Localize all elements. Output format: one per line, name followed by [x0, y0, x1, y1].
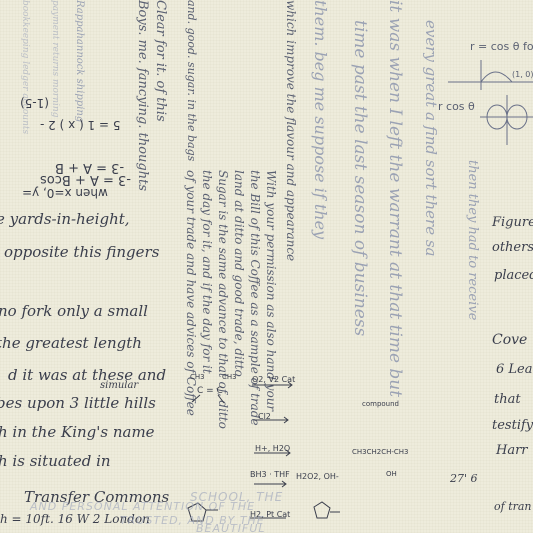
fabric-texture: bookkeeping ledger accounts payment retu… [0, 0, 533, 533]
stamped-text: BEAUTIFUL [196, 522, 266, 533]
chemistry-arrows-icon [0, 0, 533, 533]
stamped-text: AND PERSONAL ATTENTION OF THE [30, 500, 255, 513]
